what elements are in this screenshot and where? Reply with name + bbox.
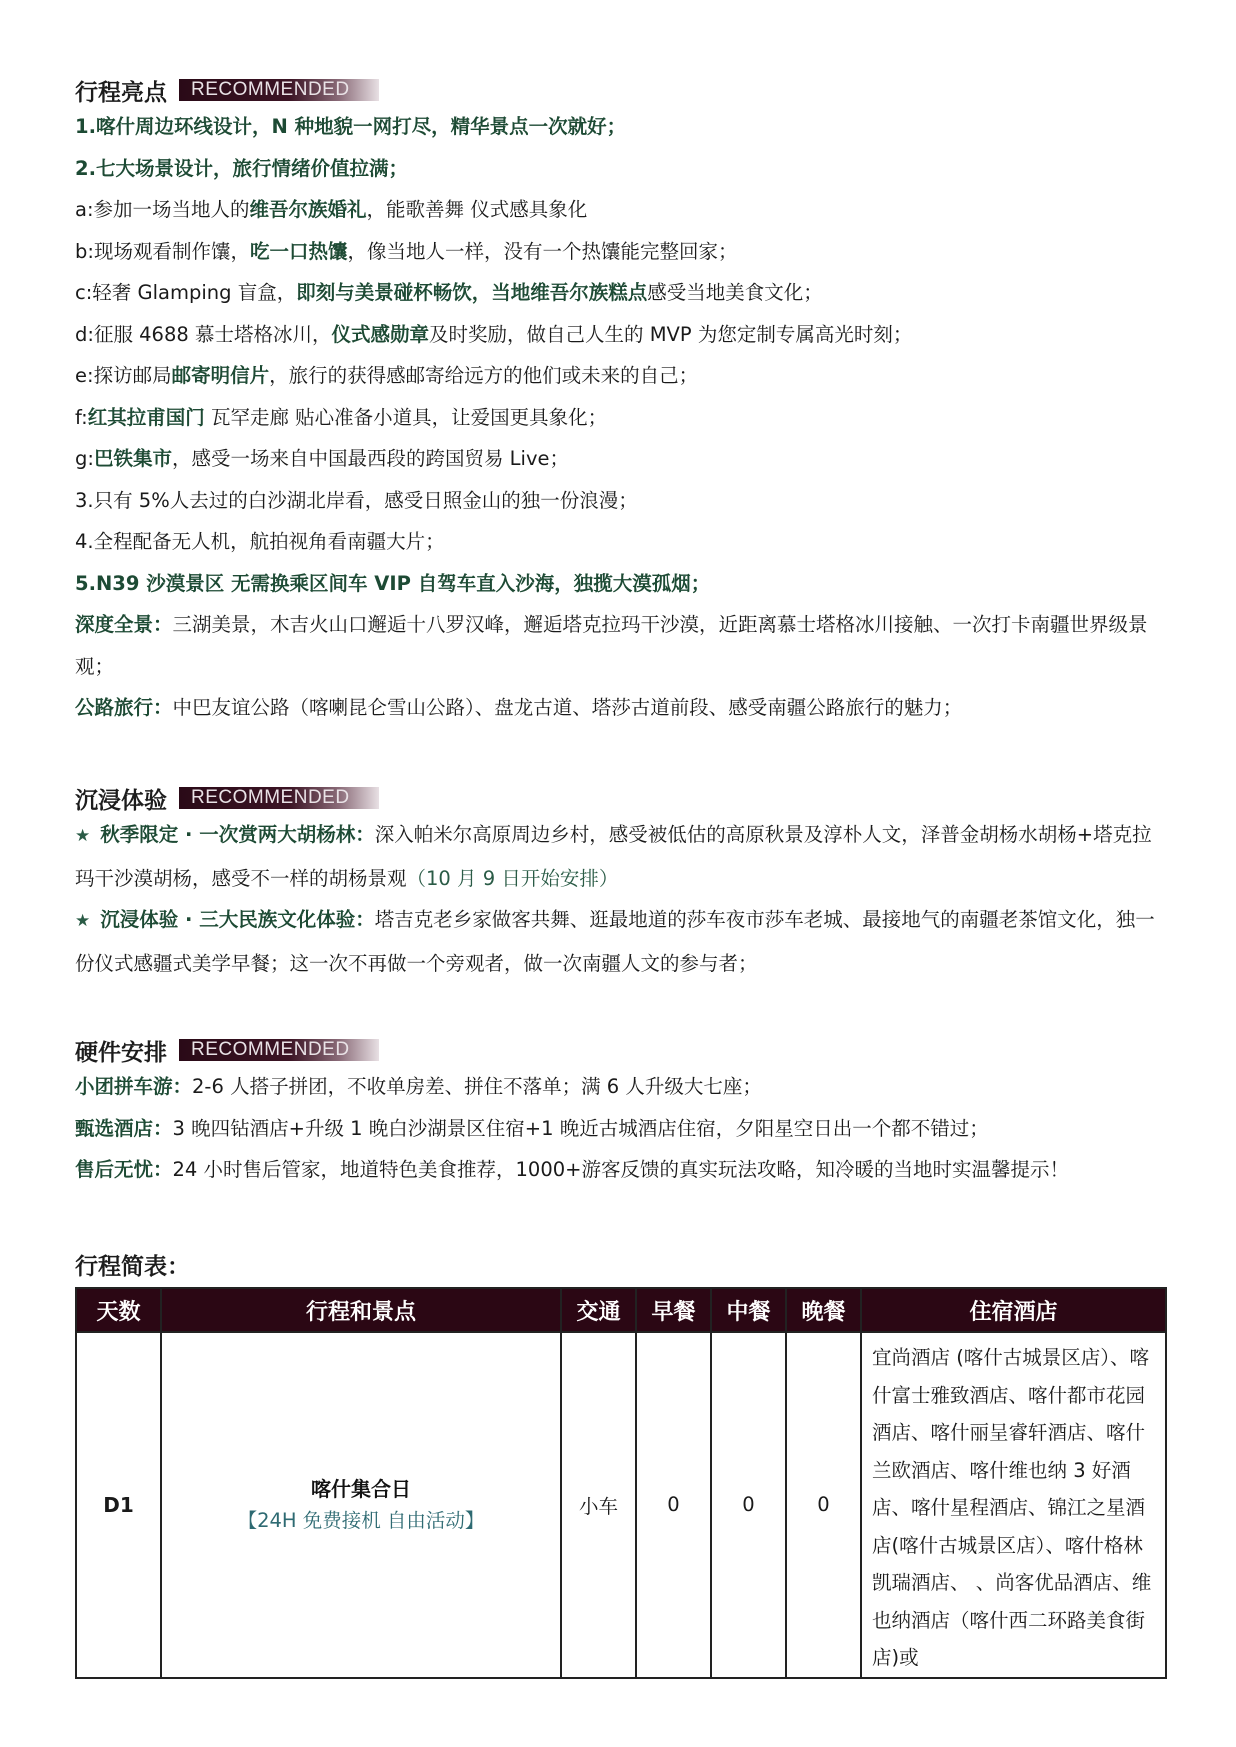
- highlight-item: b:现场观看制作馕，吃一口热馕，像当地人一样，没有一个热馕能完整回家；: [75, 231, 1165, 273]
- col-header-dinner: 晚餐: [786, 1288, 861, 1332]
- highlight-emphasis: 深度全景：: [75, 613, 173, 636]
- hardware-item: 售后无忧：24 小时售后管家，地道特色美食推荐，1000+游客反馈的真实玩法攻略…: [75, 1149, 1165, 1191]
- highlight-text: 3.只有 5%人去过的白沙湖北岸看，感受日照金山的独一份浪漫；: [75, 489, 638, 512]
- breakfast-cell: 0: [636, 1332, 711, 1678]
- highlight-text: 4.全程配备无人机，航拍视角看南疆大片；: [75, 530, 445, 553]
- highlight-emphasis: 2.七大场景设计，旅行情绪价值拉满；: [75, 157, 408, 180]
- col-header-transport: 交通: [561, 1288, 636, 1332]
- highlight-item: 3.只有 5%人去过的白沙湖北岸看，感受日照金山的独一份浪漫；: [75, 480, 1165, 522]
- itinerary-subtitle: 【24H 免费接机 自由活动】: [162, 1505, 560, 1537]
- highlight-text: b:现场观看制作馕，: [75, 240, 250, 263]
- highlight-emphasis: 即刻与美景碰杯畅饮，当地维吾尔族糕点: [296, 281, 647, 304]
- immersive-label: 秋季限定 · 一次赏两大胡杨林：: [100, 823, 375, 846]
- hardware-text: 24 小时售后管家，地道特色美食推荐，1000+游客反馈的真实玩法攻略，知冷暖的…: [173, 1158, 1069, 1181]
- section-title: 沉浸体验: [75, 782, 167, 815]
- col-header-hotel: 住宿酒店: [861, 1288, 1166, 1332]
- highlight-text: 中巴友谊公路（喀喇昆仑雪山公路）、盘龙古道、塔莎古道前段、感受南疆公路旅行的魅力…: [173, 696, 963, 719]
- highlight-item: f:红其拉甫国门 瓦罕走廊 贴心准备小道具，让爱国更具象化；: [75, 397, 1165, 439]
- highlight-text: ，旅行的获得感邮寄给远方的他们或未来的自己；: [269, 364, 698, 387]
- highlight-item: 1.喀什周边环线设计，N 种地貌一网打尽，精华景点一次就好；: [75, 106, 1165, 148]
- star-icon: ★: [75, 911, 90, 931]
- highlight-emphasis: 巴铁集市: [94, 447, 172, 470]
- lunch-cell: 0: [711, 1332, 786, 1678]
- highlight-emphasis: 仪式感勋章: [331, 323, 429, 346]
- hardware-label: 小团拼车游：: [75, 1075, 192, 1098]
- highlight-item: 4.全程配备无人机，航拍视角看南疆大片；: [75, 521, 1165, 563]
- section-title: 行程亮点: [75, 74, 167, 107]
- col-header-itinerary: 行程和景点: [161, 1288, 561, 1332]
- highlight-text: d:征服 4688 慕士塔格冰川，: [75, 323, 331, 346]
- immersive-label: 沉浸体验 · 三大民族文化体验：: [100, 908, 375, 931]
- highlight-emphasis: 红其拉甫国门: [88, 406, 205, 429]
- highlight-text: ，能歌善舞 仪式感具象化: [367, 198, 588, 221]
- immersive-item: ★沉浸体验 · 三大民族文化体验：塔吉克老乡家做客共舞、逛最地道的莎车夜市莎车老…: [75, 899, 1165, 984]
- recommended-badge: RECOMMENDED: [179, 787, 379, 809]
- day-cell: D1: [76, 1332, 161, 1678]
- highlight-emphasis: 公路旅行：: [75, 696, 173, 719]
- section-header-immersive: 沉浸体验 RECOMMENDED: [75, 782, 379, 814]
- section-header-hardware: 硬件安排 RECOMMENDED: [75, 1034, 379, 1066]
- highlight-text: ，像当地人一样，没有一个热馕能完整回家；: [347, 240, 737, 263]
- immersive-note: （10 月 9 日开始安排）: [407, 867, 619, 890]
- highlight-item: 公路旅行：中巴友谊公路（喀喇昆仑雪山公路）、盘龙古道、塔莎古道前段、感受南疆公路…: [75, 687, 1165, 729]
- highlight-emphasis: 维吾尔族婚礼: [250, 198, 367, 221]
- highlight-emphasis: 吃一口热馕: [250, 240, 348, 263]
- star-icon: ★: [75, 826, 90, 846]
- highlight-text: 感受当地美食文化；: [647, 281, 823, 304]
- table-row: D1 喀什集合日 【24H 免费接机 自由活动】 小车 0 0 0 宜尚酒店 (…: [76, 1332, 1166, 1678]
- col-header-breakfast: 早餐: [636, 1288, 711, 1332]
- highlight-text: c:轻奢 Glamping 盲盒，: [75, 281, 296, 304]
- highlight-emphasis: 邮寄明信片: [172, 364, 270, 387]
- hardware-item: 小团拼车游：2-6 人搭子拼团，不收单房差、拼住不落单；满 6 人升级大七座；: [75, 1066, 1165, 1108]
- hotel-cell: 宜尚酒店 (喀什古城景区店）、喀什富士雅致酒店、喀什都市花园酒店、喀什丽呈睿轩酒…: [861, 1332, 1166, 1678]
- highlight-text: a:参加一场当地人的: [75, 198, 250, 221]
- schedule-title: 行程简表：: [75, 1248, 190, 1281]
- highlight-emphasis: 5.N39 沙漠景区 无需换乘区间车 VIP 自驾车直入沙海，独揽大漠孤烟；: [75, 572, 710, 595]
- highlight-text: g:: [75, 447, 94, 470]
- hardware-label: 售后无忧：: [75, 1158, 173, 1181]
- hardware-text: 3 晚四钻酒店+升级 1 晚白沙湖景区住宿+1 晚近古城酒店住宿，夕阳星空日出一…: [173, 1117, 989, 1140]
- highlight-emphasis: 1.喀什周边环线设计，N 种地貌一网打尽，精华景点一次就好；: [75, 115, 626, 138]
- transport-cell: 小车: [561, 1332, 636, 1678]
- highlight-item: c:轻奢 Glamping 盲盒，即刻与美景碰杯畅饮，当地维吾尔族糕点感受当地美…: [75, 272, 1165, 314]
- highlight-item: e:探访邮局邮寄明信片，旅行的获得感邮寄给远方的他们或未来的自己；: [75, 355, 1165, 397]
- highlight-text: f:: [75, 406, 88, 429]
- highlight-text: 及时奖励，做自己人生的 MVP 为您定制专属高光时刻；: [429, 323, 912, 346]
- highlight-text: 三湖美景，木吉火山口邂逅十八罗汉峰，邂逅塔克拉玛干沙漠，近距离慕士塔格冰川接触、…: [75, 613, 1148, 678]
- highlight-item: 深度全景：三湖美景，木吉火山口邂逅十八罗汉峰，邂逅塔克拉玛干沙漠，近距离慕士塔格…: [75, 604, 1165, 687]
- highlight-text: ，感受一场来自中国最西段的跨国贸易 Live；: [172, 447, 569, 470]
- recommended-badge: RECOMMENDED: [179, 1039, 379, 1061]
- highlight-item: 5.N39 沙漠景区 无需换乘区间车 VIP 自驾车直入沙海，独揽大漠孤烟；: [75, 563, 1165, 605]
- section-header-highlights: 行程亮点 RECOMMENDED: [75, 74, 379, 106]
- immersive-item: ★秋季限定 · 一次赏两大胡杨林：深入帕米尔高原周边乡村，感受被低估的高原秋景及…: [75, 814, 1165, 899]
- table-header-row: 天数 行程和景点 交通 早餐 中餐 晚餐 住宿酒店: [76, 1288, 1166, 1332]
- hardware-item: 甄选酒店：3 晚四钻酒店+升级 1 晚白沙湖景区住宿+1 晚近古城酒店住宿，夕阳…: [75, 1108, 1165, 1150]
- dinner-cell: 0: [786, 1332, 861, 1678]
- immersive-list: ★秋季限定 · 一次赏两大胡杨林：深入帕米尔高原周边乡村，感受被低估的高原秋景及…: [75, 814, 1165, 984]
- highlight-text: 瓦罕走廊 贴心准备小道具，让爱国更具象化；: [205, 406, 607, 429]
- highlight-item: 2.七大场景设计，旅行情绪价值拉满；: [75, 148, 1165, 190]
- highlight-item: a:参加一场当地人的维吾尔族婚礼，能歌善舞 仪式感具象化: [75, 189, 1165, 231]
- highlights-list: 1.喀什周边环线设计，N 种地貌一网打尽，精华景点一次就好；2.七大场景设计，旅…: [75, 106, 1165, 729]
- highlight-item: d:征服 4688 慕士塔格冰川，仪式感勋章及时奖励，做自己人生的 MVP 为您…: [75, 314, 1165, 356]
- highlight-text: e:探访邮局: [75, 364, 172, 387]
- schedule-table: 天数 行程和景点 交通 早餐 中餐 晚餐 住宿酒店 D1 喀什集合日 【24H …: [75, 1287, 1167, 1679]
- section-title: 硬件安排: [75, 1034, 167, 1067]
- hardware-text: 2-6 人搭子拼团，不收单房差、拼住不落单；满 6 人升级大七座；: [192, 1075, 762, 1098]
- hardware-list: 小团拼车游：2-6 人搭子拼团，不收单房差、拼住不落单；满 6 人升级大七座；甄…: [75, 1066, 1165, 1191]
- hardware-label: 甄选酒店：: [75, 1117, 173, 1140]
- recommended-badge: RECOMMENDED: [179, 79, 379, 101]
- col-header-day: 天数: [76, 1288, 161, 1332]
- col-header-lunch: 中餐: [711, 1288, 786, 1332]
- itinerary-cell: 喀什集合日 【24H 免费接机 自由活动】: [161, 1332, 561, 1678]
- itinerary-title: 喀什集合日: [162, 1473, 560, 1505]
- highlight-item: g:巴铁集市，感受一场来自中国最西段的跨国贸易 Live；: [75, 438, 1165, 480]
